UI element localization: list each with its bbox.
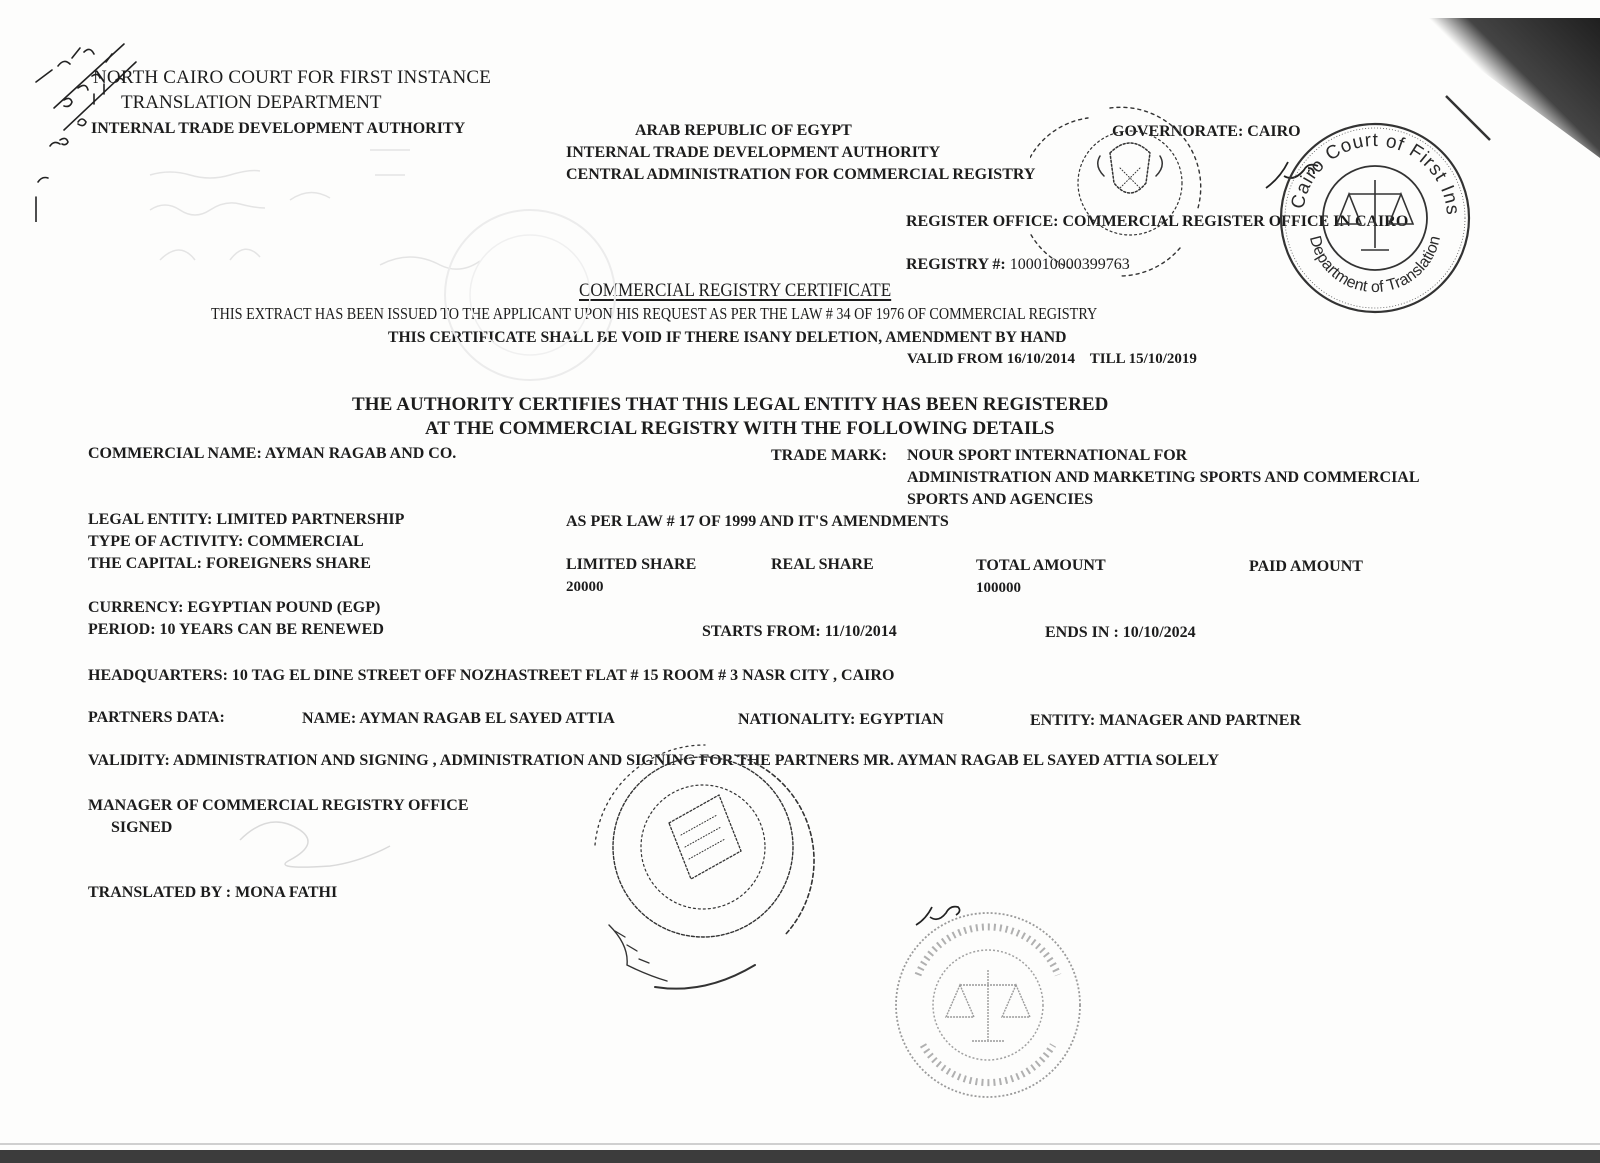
valid-till: TILL 15/10/2019	[1090, 351, 1197, 367]
translated-by: TRANSLATED BY : MONA FATHI	[88, 885, 337, 901]
trade-mark-line2: ADMINISTRATION AND MARKETING SPORTS AND …	[907, 470, 1420, 486]
validity-dates: VALID FROM 16/10/2014 TILL 15/10/2019	[907, 352, 1197, 367]
signed-label: SIGNED	[111, 820, 172, 836]
capital-header-total-amount: TOTAL AMOUNT	[976, 558, 1106, 574]
page-edge-line	[0, 1143, 1600, 1145]
legal-entity: LEGAL ENTITY: LIMITED PARTNERSHIP	[88, 512, 404, 528]
gov-header-line1: ARAB REPUBLIC OF EGYPT	[635, 123, 852, 139]
scanner-edge-bar	[0, 1150, 1600, 1163]
extract-note: THIS EXTRACT HAS BEEN ISSUED TO THE APPL…	[211, 305, 1097, 322]
valid-from: VALID FROM 16/10/2014	[907, 351, 1075, 367]
certificate-page: NORTH CAIRO COURT FOR FIRST INSTANCE TRA…	[0, 0, 1600, 1163]
court-stamp-bottom	[888, 905, 1088, 1105]
authority-statement-line1: THE AUTHORITY CERTIFIES THAT THIS LEGAL …	[352, 395, 1109, 414]
faint-ghost-stamp	[430, 200, 630, 390]
gov-header-line2: INTERNAL TRADE DEVELOPMENT AUTHORITY	[566, 145, 940, 161]
commercial-name: COMMERCIAL NAME: AYMAN RAGAB AND CO.	[88, 446, 456, 462]
staple-mark	[1440, 90, 1500, 150]
period: PERIOD: 10 YEARS CAN BE RENEWED	[88, 622, 384, 638]
headquarters: HEADQUARTERS: 10 TAG EL DINE STREET OFF …	[88, 668, 894, 684]
trade-mark-line1: NOUR SPORT INTERNATIONAL FOR	[907, 448, 1187, 464]
court-header-line3: INTERNAL TRADE DEVELOPMENT AUTHORITY	[91, 121, 465, 137]
currency: CURRENCY: EGYPTIAN POUND (EGP)	[88, 600, 380, 616]
capital-value-total-amount: 100000	[976, 581, 1021, 596]
court-header-line2: TRANSLATION DEPARTMENT	[121, 93, 381, 112]
partner-entity: ENTITY: MANAGER AND PARTNER	[1030, 713, 1301, 729]
starts-from: STARTS FROM: 11/10/2014	[702, 624, 897, 640]
court-header-line1: NORTH CAIRO COURT FOR FIRST INSTANCE	[93, 68, 491, 87]
activity-type: TYPE OF ACTIVITY: COMMERCIAL	[88, 534, 364, 550]
partner-name: NAME: AYMAN RAGAB EL SAYED ATTIA	[302, 711, 615, 727]
gov-header-line3: CENTRAL ADMINISTRATION FOR COMMERCIAL RE…	[566, 167, 1035, 183]
faint-signature	[230, 800, 410, 880]
authority-statement-line2: AT THE COMMERCIAL REGISTRY WITH THE FOLL…	[425, 419, 1054, 438]
capital: THE CAPITAL: FOREIGNERS SHARE	[88, 556, 371, 572]
partners-label: PARTNERS DATA:	[88, 710, 225, 726]
capital-header-limited-share: LIMITED SHARE	[566, 557, 696, 573]
capital-header-paid-amount: PAID AMOUNT	[1249, 559, 1363, 575]
partner-nationality: NATIONALITY: EGYPTIAN	[738, 712, 944, 728]
ends-in: ENDS IN : 10/10/2024	[1045, 625, 1196, 641]
law-reference: AS PER LAW # 17 OF 1999 AND IT'S AMENDME…	[566, 514, 949, 530]
capital-value-limited-share: 20000	[566, 580, 604, 595]
trade-mark-line3: SPORTS AND AGENCIES	[907, 492, 1093, 508]
eagle-seal-stamp-bottom	[585, 735, 815, 995]
capital-header-real-share: REAL SHARE	[771, 557, 874, 573]
trade-mark-label: TRADE MARK:	[771, 448, 887, 464]
eagle-seal-stamp-top	[1030, 98, 1210, 298]
registry-number-label: REGISTRY #:	[906, 256, 1006, 273]
